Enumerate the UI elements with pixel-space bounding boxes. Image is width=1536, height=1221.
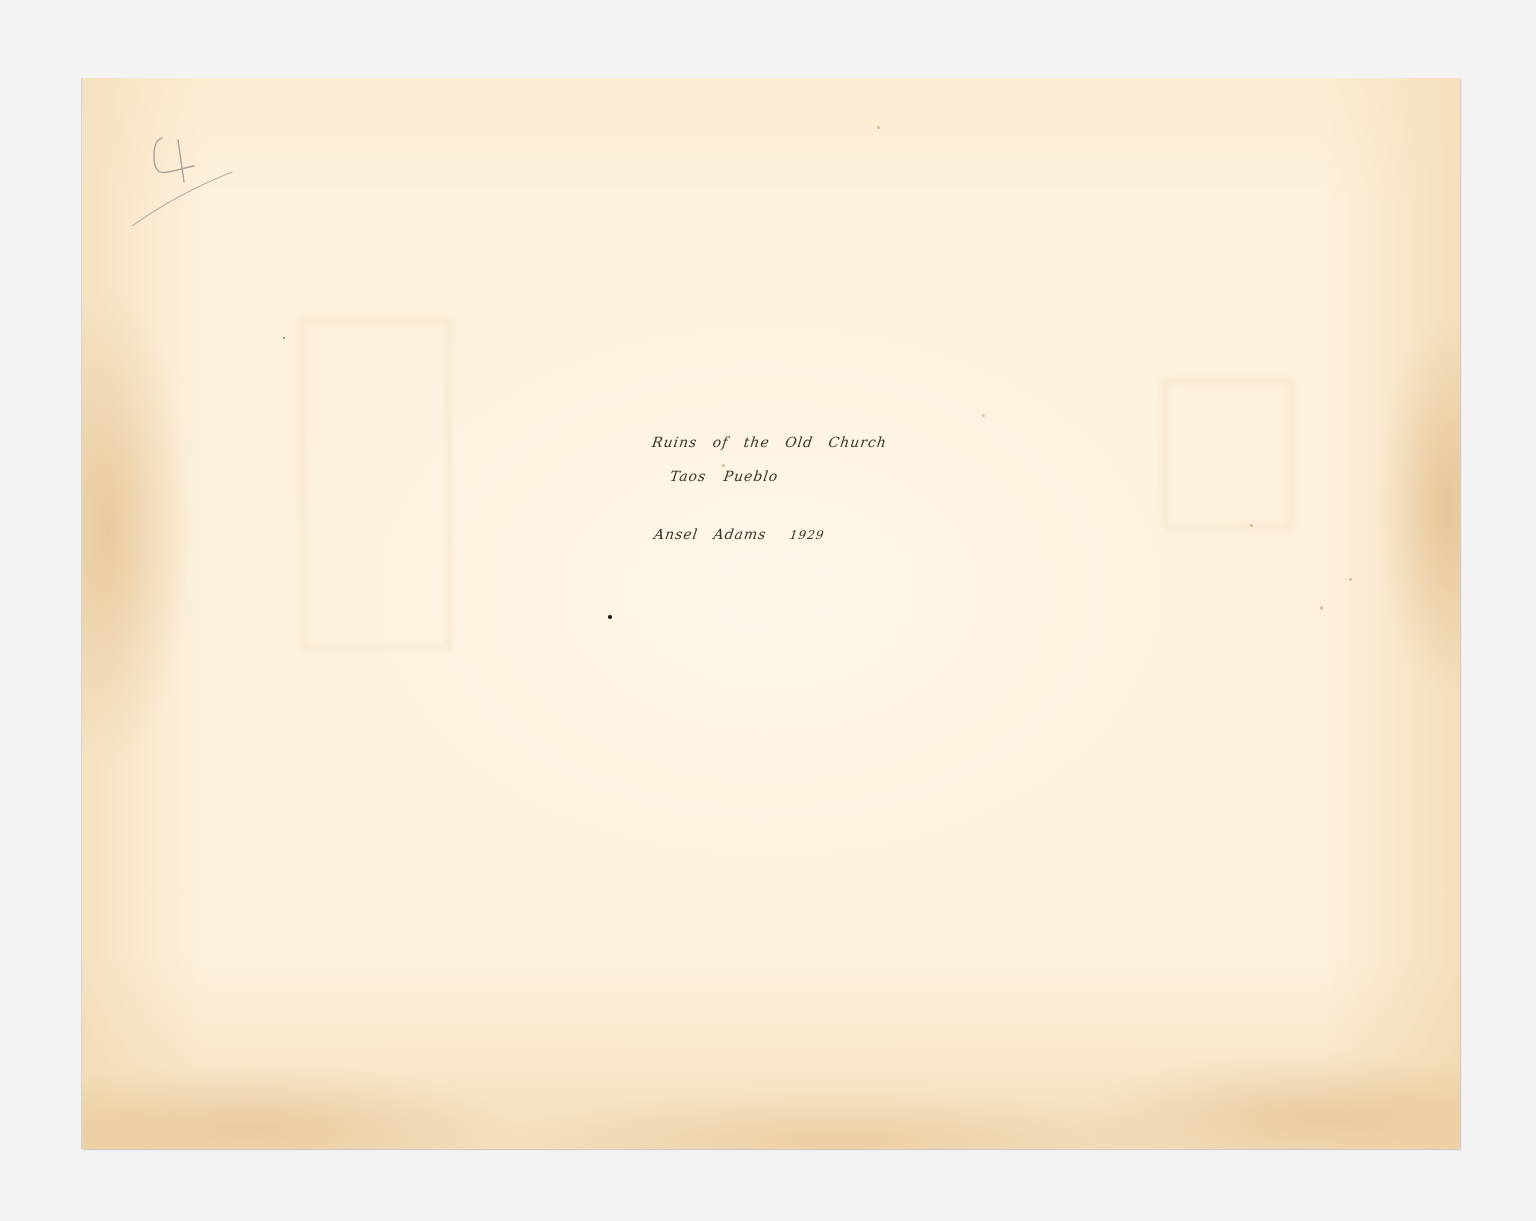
bottom-edge-stain [82, 78, 1460, 1149]
signature-year: 1929 [789, 528, 826, 542]
speck [1320, 606, 1323, 610]
inscription-title: Ruins of the Old Church [651, 435, 888, 451]
speck [1250, 524, 1253, 527]
speck [722, 464, 725, 467]
speck [877, 126, 880, 129]
scan-background: Ruins of the Old Church Taos Pueblo Anse… [0, 0, 1536, 1221]
signature-name: Ansel Adams [653, 527, 768, 543]
left-edge-stain [82, 78, 1460, 1149]
pencil-number-icon [120, 116, 240, 226]
ink-dot [283, 337, 285, 339]
inscription-signature: Ansel Adams 1929 [653, 527, 826, 543]
speck [982, 414, 985, 417]
ink-dot [608, 615, 612, 619]
adhesive-ghost-right [1162, 378, 1294, 530]
right-edge-stain [82, 78, 1460, 1149]
adhesive-ghost-left [300, 318, 452, 650]
inscription-place: Taos Pueblo [669, 469, 780, 485]
paper-toning [82, 78, 1460, 1149]
speck [1349, 578, 1352, 581]
mount-board: Ruins of the Old Church Taos Pueblo Anse… [82, 78, 1460, 1149]
